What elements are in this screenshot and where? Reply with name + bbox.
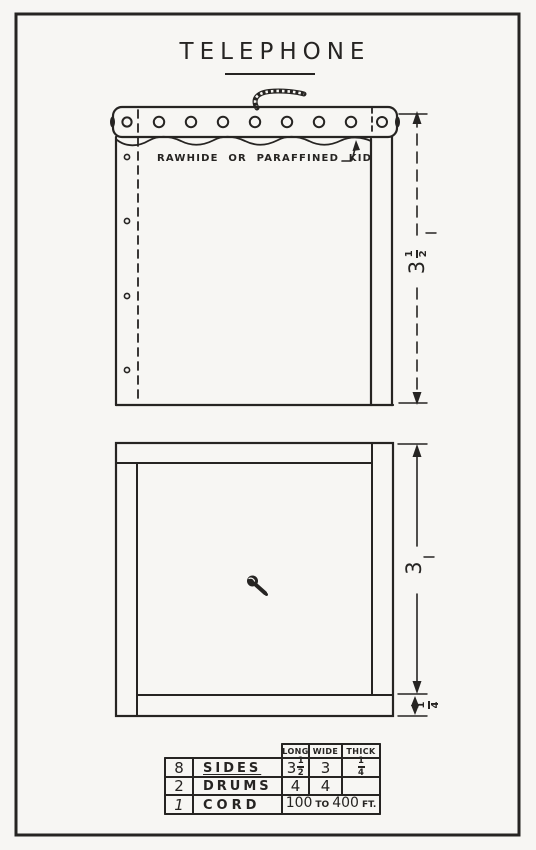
table-cell-drums-wide: 4 [309, 778, 342, 795]
drum-side-view [110, 91, 436, 405]
table-cell-name-cord: CORD [203, 799, 260, 812]
rawhide-note: RAWHIDE OR PARAFFINED KID [157, 154, 372, 164]
fraction-numerator: 1 [358, 757, 364, 766]
table-cell-sides-thick: 1 4 [342, 759, 380, 777]
table-cell-qty-sides: 8 [165, 759, 193, 777]
value-fraction: 1 2 [297, 757, 304, 777]
cord-length-from: 100 [286, 796, 313, 810]
fraction-numerator: 1 [417, 702, 427, 709]
table-cell-drums-long: 4 [282, 778, 309, 795]
lacing-strip [113, 107, 397, 137]
table-cell-qty-drums: 2 [165, 778, 193, 795]
dim-fraction: 1 2 [405, 250, 429, 258]
strip-left-nub [110, 117, 115, 128]
page-title: TELEPHONE [150, 41, 400, 64]
drum-face-view [116, 443, 434, 716]
table-cell-sides-long: 3 1 2 [282, 759, 309, 777]
value-whole: 3 [287, 761, 297, 776]
table-cell-drums-thick [342, 778, 380, 795]
table-cell-name-drums: DRUMS [203, 780, 272, 793]
table-cell-qty-cord: 1 [165, 796, 193, 814]
lacing-holes [122, 117, 387, 127]
dim-whole: 3 [407, 261, 428, 274]
drawing-plate: TELEPHONE RAWHIDE OR PARAFFINED KID 3 1 … [0, 0, 536, 850]
fraction-denominator: 4 [358, 769, 364, 778]
table-cell-sides-wide: 3 [309, 759, 342, 777]
fraction-denominator: 2 [419, 250, 429, 257]
cord-length-to-value: 400 [332, 796, 359, 810]
table-header-long: LONG [282, 745, 309, 758]
tack-holes [124, 154, 129, 372]
plate-linework [0, 0, 536, 850]
cord-knot-icon [247, 576, 268, 597]
strip-right-nub [395, 117, 400, 128]
fraction-denominator: 2 [298, 769, 304, 778]
fraction-numerator: 1 [405, 250, 415, 257]
dimension-label-face-width: 3 [402, 556, 426, 580]
title-underline [225, 73, 315, 75]
dimension-label-thickness: 1 4 [417, 693, 441, 717]
drum-body-edges [116, 137, 393, 405]
dim-whole: 3 [404, 561, 425, 574]
table-cell-cord-length: 100 TO 400 FT. [283, 796, 379, 814]
dim-fraction: 1 4 [417, 701, 441, 709]
value-fraction: 1 4 [358, 757, 365, 777]
table-cell-name-sides: SIDES [203, 762, 261, 775]
table-header-wide: WIDE [309, 745, 342, 758]
fraction-numerator: 1 [298, 757, 304, 766]
fraction-denominator: 4 [431, 702, 441, 709]
dimension-label-side-height: 3 1 2 [402, 238, 432, 286]
cord-length-unit: FT. [362, 801, 376, 810]
cord [255, 91, 304, 108]
cord-length-to-word: TO [315, 801, 329, 810]
